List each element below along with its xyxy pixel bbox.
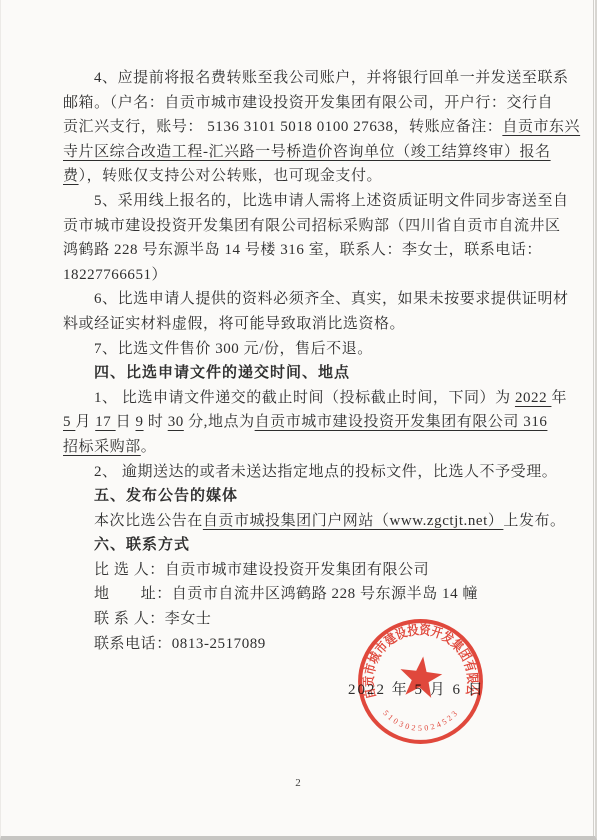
text-line: 贡汇兴支行，账号： 5136 3101 5018 0100 27638，转账应备… <box>63 115 539 140</box>
star-icon <box>397 654 444 699</box>
text-segment: 4、应提前将报名费转账至我公司账户，并将银行回单一并发送至联系 <box>94 70 569 86</box>
text-segment: 联 系 人：李女士 <box>94 611 211 627</box>
text-line: 本次比选公告在自贡市城投集团门户网站（www.zgctjt.net）上发布。 <box>63 509 539 534</box>
text-segment: 6、比选申请人提供的资料必须齐全、真实，如果未按要求提供证明材 <box>94 291 569 307</box>
text-segment: 料或经证实材料虚假，将可能导致取消比选资格。 <box>63 316 405 332</box>
underlined-text: 费 <box>63 168 79 184</box>
text-segment: 年 <box>551 390 567 406</box>
text-segment: 比 选 人：自贡市城市建设投资开发集团有限公司 <box>94 562 429 578</box>
text-segment: 邮箱。（户名：自贡市城市建设投资开发集团有限公司，开户行：交行自 <box>63 95 553 111</box>
text-segment: 四、比选申请文件的递交时间、地点 <box>94 365 350 381</box>
underlined-text: 30 <box>168 414 184 430</box>
text-line: 料或经证实材料虚假，将可能导致取消比选资格。 <box>63 312 539 337</box>
text-line: 四、比选申请文件的递交时间、地点 <box>63 361 539 386</box>
text-line: 六、联系方式 <box>63 533 539 558</box>
text-segment: 2、 逾期送达的或者未送达指定地点的投标文件，比选人不予受理。 <box>94 464 557 480</box>
text-segment: 地 址：自贡市自流井区鸿鹤路 228 号东源半岛 14 幢 <box>94 586 478 602</box>
text-line: 4、应提前将报名费转账至我公司账户，并将银行回单一并发送至联系 <box>63 66 539 91</box>
official-seal: 自贡市城市建设投资开发集团有限公司 5103025024523 <box>350 611 491 752</box>
text-segment: 18227766651） <box>63 267 167 283</box>
text-segment: 五、发布公告的媒体 <box>94 488 238 504</box>
page-number: 2 <box>1 777 595 789</box>
text-segment: 贡市城市建设投资开发集团有限公司招标采购部（四川省自贡市自流井区 <box>63 218 561 234</box>
text-line: 5 月 17 日 9 时 30 分,地点为自贡市城市建设投资开发集团有限公司 3… <box>63 410 539 435</box>
text-line: 鸿鹤路 228 号东源半岛 14 号楼 316 室，联系人：李女士，联系电话： <box>63 238 539 263</box>
underlined-text: 自贡市城市建设投资开发集团有限公司 316 <box>255 414 548 430</box>
text-segment: ），转账仅支持公对公转账，也可现金支付。 <box>79 168 383 184</box>
text-line: 寺片区综合改造工程-汇兴路一号桥造价咨询单位（竣工结算终审）报名 <box>63 140 539 165</box>
text-segment: 时 <box>144 414 168 430</box>
underlined-text: 5 <box>63 414 75 430</box>
text-segment: 。 <box>141 439 157 455</box>
text-segment: 贡汇兴支行，账号： 5136 3101 5018 0100 27638，转账应备… <box>63 119 502 135</box>
text-line: 费），转账仅支持公对公转账，也可现金支付。 <box>63 164 539 189</box>
text-segment: 1、 比选申请文件递交的截止时间（投标截止时间，下同）为 <box>94 390 515 406</box>
text-line: 邮箱。（户名：自贡市城市建设投资开发集团有限公司，开户行：交行自 <box>63 91 539 116</box>
text-line: 6、比选申请人提供的资料必须齐全、真实，如果未按要求提供证明材 <box>63 287 539 312</box>
text-line: 7、比选文件售价 300 元/份，售后不退。 <box>63 337 539 362</box>
text-line: 五、发布公告的媒体 <box>63 484 539 509</box>
underlined-text: 9 <box>135 414 143 430</box>
text-segment: 7、比选文件售价 300 元/份，售后不退。 <box>94 341 373 357</box>
text-line: 招标采购部。 <box>63 435 539 460</box>
text-line: 贡市城市建设投资开发集团有限公司招标采购部（四川省自贡市自流井区 <box>63 214 539 239</box>
underlined-text: 自贡市城投集团门户网站（www.zgctjt.net） <box>203 513 504 529</box>
text-segment: 分,地点为 <box>184 414 255 430</box>
text-line: 18227766651） <box>63 263 539 288</box>
underlined-text: 17 <box>95 414 115 430</box>
text-line: 地 址：自贡市自流井区鸿鹤路 228 号东源半岛 14 幢 <box>63 582 539 607</box>
document-body: 4、应提前将报名费转账至我公司账户，并将银行回单一并发送至联系邮箱。（户名：自贡… <box>63 66 539 656</box>
text-segment: 本次比选公告在 <box>94 513 203 529</box>
text-line: 5、采用线上报名的，比选申请人需将上述资质证明文件同步寄送至自 <box>63 189 539 214</box>
text-line: 2、 逾期送达的或者未送达指定地点的投标文件，比选人不予受理。 <box>63 460 539 485</box>
text-segment: 日 <box>116 414 136 430</box>
text-segment: 月 <box>75 414 95 430</box>
text-line: 比 选 人：自贡市城市建设投资开发集团有限公司 <box>63 558 539 583</box>
underlined-text: 寺片区综合改造工程-汇兴路一号桥造价咨询单位（竣工结算终审）报名 <box>63 144 551 160</box>
underlined-text: 招标采购部 <box>63 439 141 455</box>
seal-serial-text: 5103025024523 <box>381 708 459 732</box>
text-segment: 六、联系方式 <box>94 537 190 553</box>
underlined-text: 2022 <box>515 390 552 406</box>
scan-edge-shadow <box>593 0 594 836</box>
text-segment: 鸿鹤路 228 号东源半岛 14 号楼 316 室，联系人：李女士，联系电话： <box>63 242 542 258</box>
text-line: 1、 比选申请文件递交的截止时间（投标截止时间，下同）为 2022 年 <box>63 386 539 411</box>
underlined-text: 自贡市东兴 <box>502 119 580 135</box>
text-segment: 上发布。 <box>503 513 565 529</box>
scanned-document-page: 4、应提前将报名费转账至我公司账户，并将银行回单一并发送至联系邮箱。（户名：自贡… <box>0 0 597 840</box>
text-segment: 联系电话：0813-2517089 <box>94 636 266 652</box>
svg-text:5103025024523: 5103025024523 <box>381 708 459 732</box>
text-segment: 5、采用线上报名的，比选申请人需将上述资质证明文件同步寄送至自 <box>94 193 569 209</box>
